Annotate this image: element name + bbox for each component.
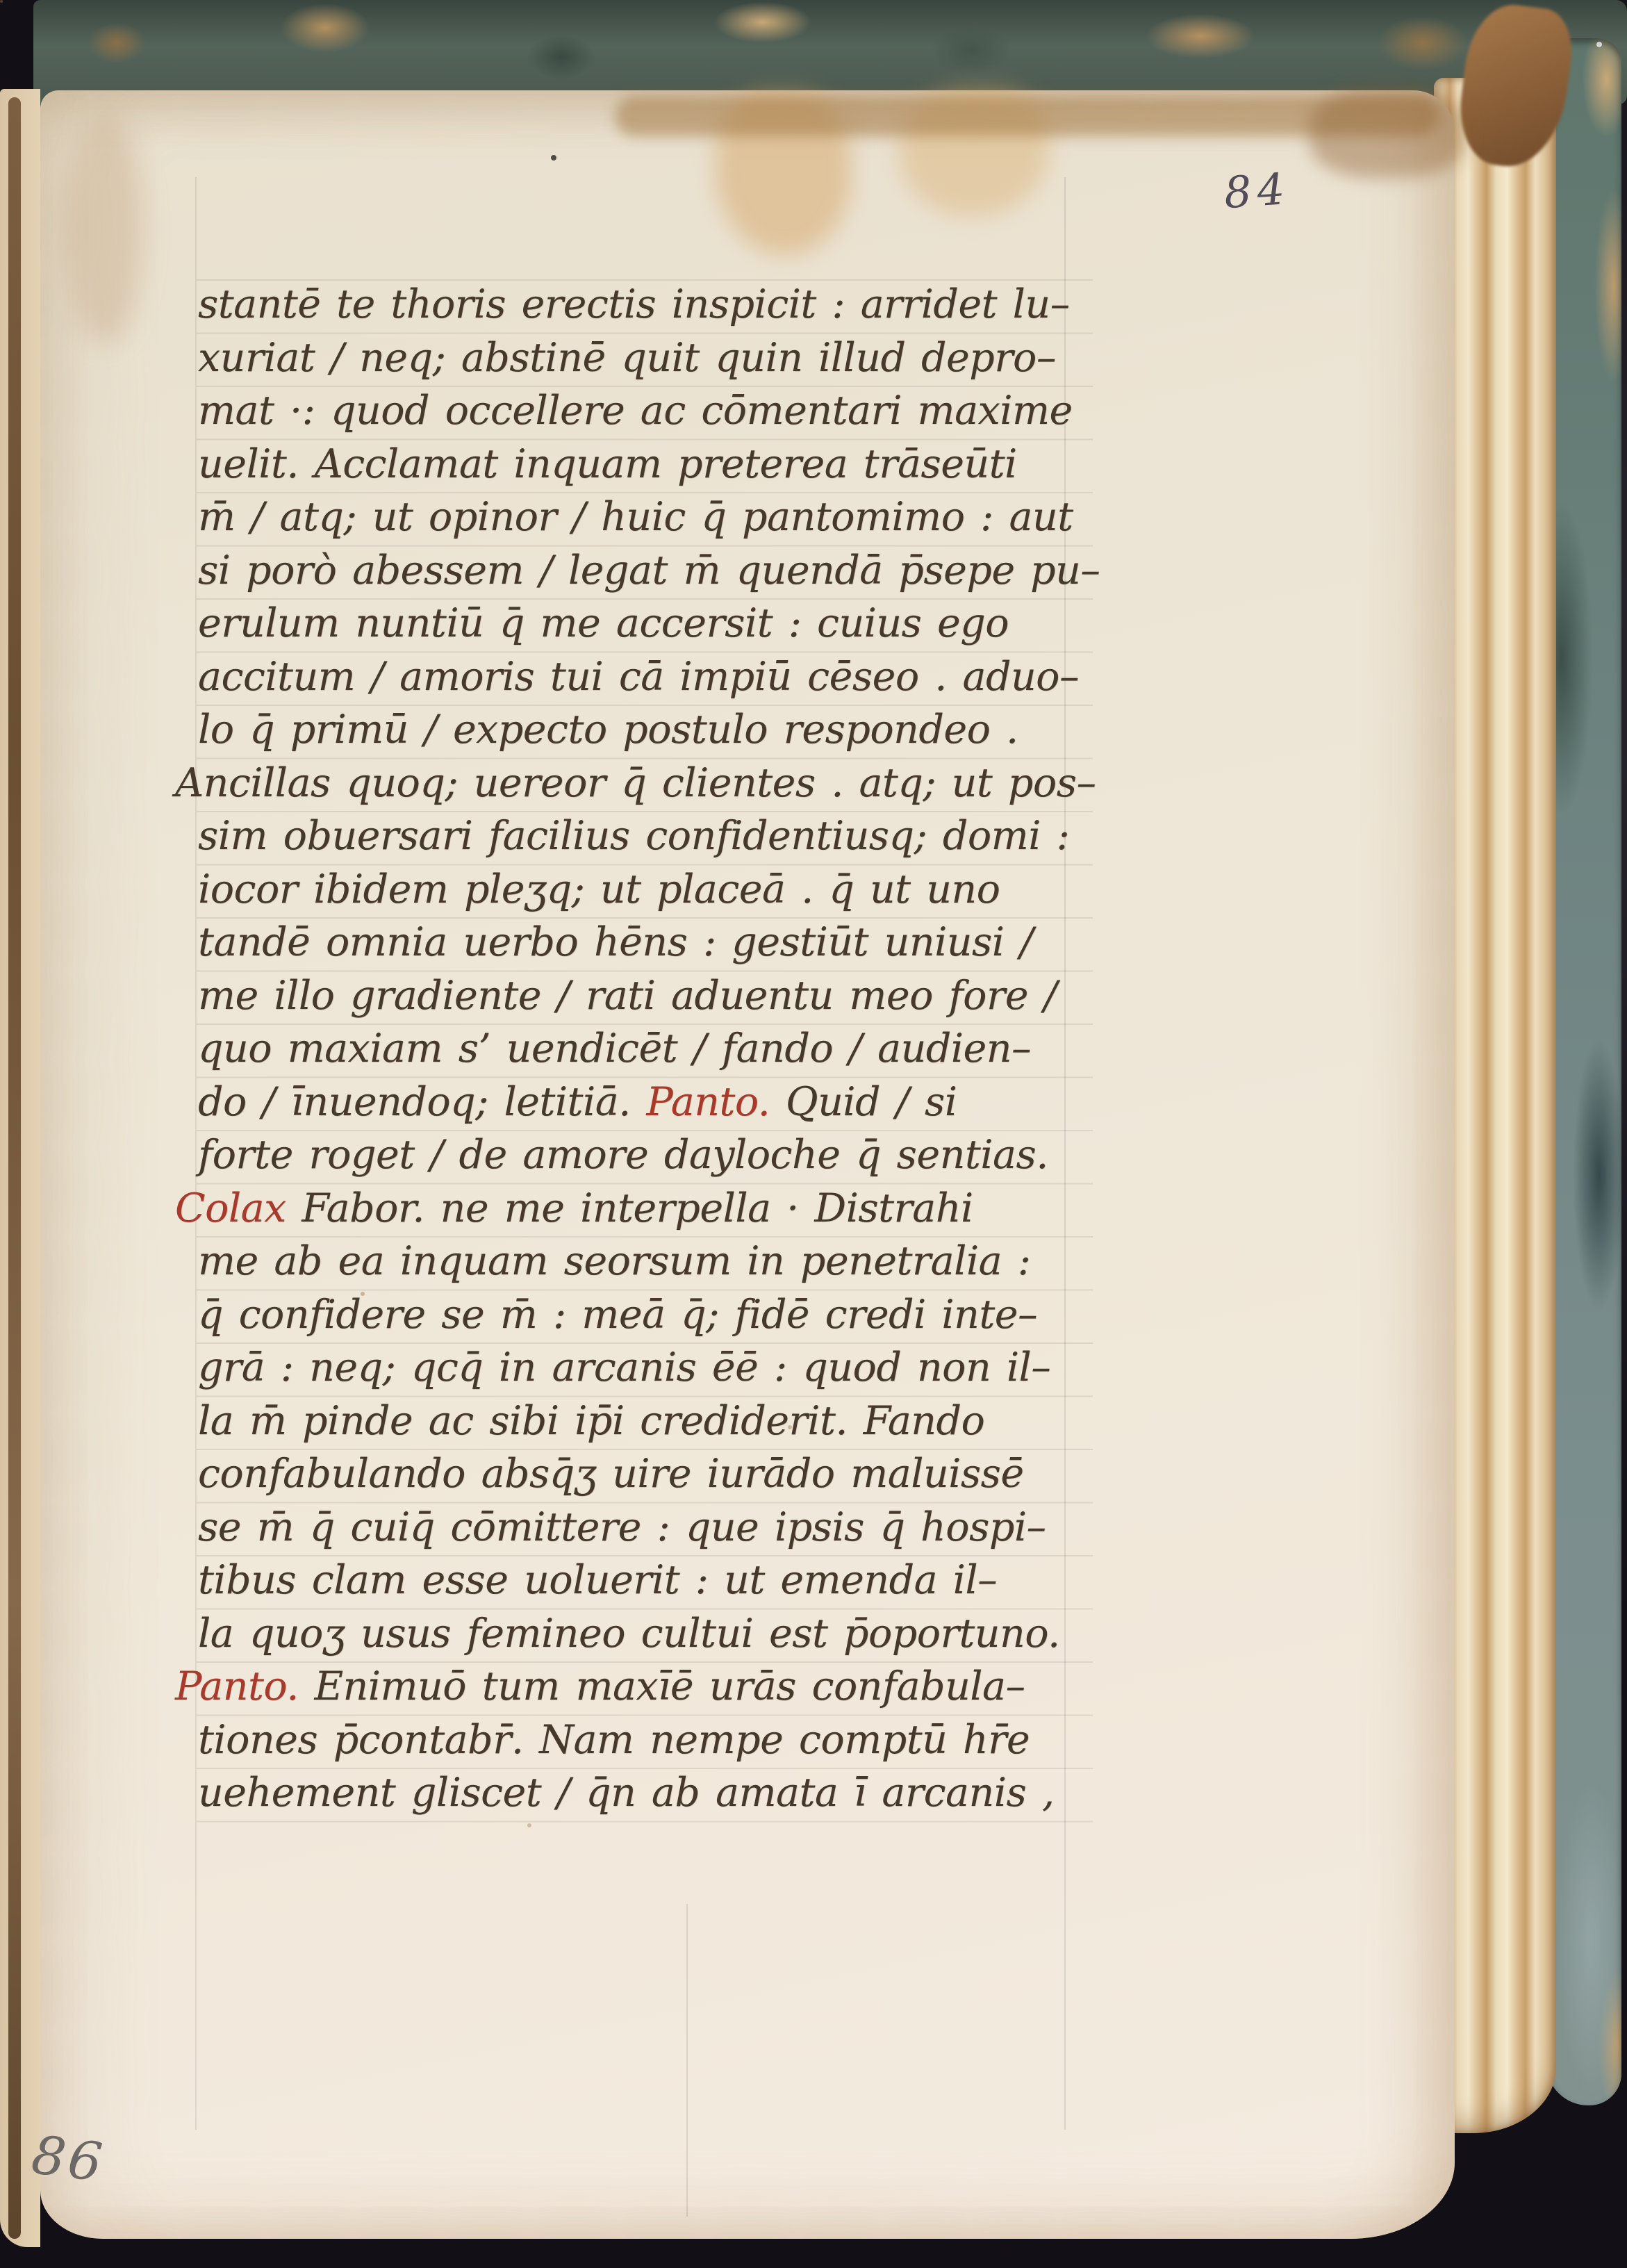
manuscript-text: Quid / si [770, 1079, 957, 1125]
manuscript-text: grā : neq; qcq̄ in arcanis ēē : quod non… [198, 1345, 1050, 1390]
manuscript-line: tibus clam esse uoluerit : ut emenda il– [198, 1554, 1100, 1607]
manuscript-line: quo maxiam s’ uendicēt / fando / audien– [198, 1022, 1100, 1076]
manuscript-text: lo q̄ primū / expecto postulo respondeo … [198, 707, 1018, 753]
manuscript-line: uehement gliscet / q̄n ab amata ī arcani… [198, 1766, 1100, 1820]
manuscript-line: q̄ confidere se m̄ : meā q̄; fidē credi … [198, 1288, 1100, 1342]
manuscript-line: sim obuersari facilius confidentiusq; do… [198, 810, 1100, 863]
manuscript-line: do / īnuendoq; letitiā. Panto. Quid / si [198, 1076, 1100, 1129]
manuscript-line: tandē omnia uerbo hēns : gestiūt uniusi … [198, 916, 1100, 969]
manuscript-line: Colax Fabor. ne me interpella · Distrahi [175, 1182, 1100, 1235]
manuscript-line: m̄ / atq; ut opinor / huic q̄ pantomimo … [198, 491, 1100, 544]
manuscript-text: sim obuersari facilius confidentiusq; do… [198, 813, 1069, 859]
manuscript-line: confabulando absq̄ʒ uire iurādo maluissē [198, 1447, 1100, 1501]
manuscript-line: uelit. Acclamat inquam preterea trāseūti [198, 438, 1100, 491]
manuscript-line: si porò abessem / legat m̄ quendā p̄sepe… [198, 544, 1100, 598]
rubric-speaker-label: Colax [175, 1185, 302, 1231]
page-crease [686, 1904, 688, 2217]
pencil-foliation-number: 86 [28, 2123, 108, 2194]
manuscript-text: stantē te thoris erectis inspicit : arri… [198, 281, 1070, 327]
manuscript-text: accitum / amoris tui cā impiū cēseo . ad… [198, 654, 1079, 700]
manuscript-text: uelit. Acclamat inquam preterea trāseūti [198, 441, 1017, 487]
rubric-speaker-label: Panto. [175, 1663, 299, 1709]
manuscript-text: erulum nuntiū q̄ me accersit : cuius ego [198, 600, 1009, 646]
manuscript-line: Ancillas quoq; uereor q̄ clientes . atq;… [175, 757, 1100, 810]
manuscript-text: do / īnuendoq; letitiā. [198, 1079, 646, 1125]
manuscript-line: stantē te thoris erectis inspicit : arri… [198, 278, 1100, 331]
paper-specks [0, 0, 3, 3]
manuscript-text: m̄ / atq; ut opinor / huic q̄ pantomimo … [198, 494, 1073, 540]
manuscript-line: erulum nuntiū q̄ me accersit : cuius ego [198, 597, 1100, 650]
manuscript-text: quo maxiam s’ uendicēt / fando / audien– [198, 1026, 1031, 1071]
manuscript-text: Enimuō tum maxīē urās confabula– [299, 1663, 1025, 1709]
manuscript-text: me ab ea inquam seorsum in penetralia : [198, 1238, 1030, 1284]
manuscript-text: mat ·: quod occellere ac cōmentari maxim… [198, 388, 1073, 434]
manuscript-text: me illo gradiente / rati aduentu meo for… [198, 973, 1057, 1019]
book-cover-edge [1546, 38, 1621, 2105]
manuscript-text: confabulando absq̄ʒ uire iurādo maluissē [198, 1451, 1024, 1497]
manuscript-text: si porò abessem / legat m̄ quendā p̄sepe… [198, 548, 1100, 593]
manuscript-text: la m̄ pinde ac sibi ip̄i crediderit. Fan… [198, 1398, 984, 1444]
manuscript-photo: 84 stantē te thoris erectis inspicit : a… [0, 0, 1627, 2268]
manuscript-text: tibus clam esse uoluerit : ut emenda il– [198, 1557, 997, 1603]
gutter-shadow-line [8, 97, 21, 2239]
manuscript-line: xuriat / neq; abstinē quit quin illud de… [198, 331, 1100, 385]
manuscript-line: forte roget / de amore dayloche q̄ senti… [198, 1128, 1100, 1182]
rubric-speaker-label: Panto. [646, 1079, 770, 1125]
manuscript-line: la m̄ pinde ac sibi ip̄i crediderit. Fan… [198, 1395, 1100, 1448]
manuscript-text: tiones p̄contabr̄. Nam nempe comptū hr̄e [198, 1717, 1030, 1763]
manuscript-line: lo q̄ primū / expecto postulo respondeo … [198, 703, 1100, 757]
manuscript-line: accitum / amoris tui cā impiū cēseo . ad… [198, 650, 1100, 704]
manuscript-line: grā : neq; qcq̄ in arcanis ēē : quod non… [198, 1341, 1100, 1395]
manuscript-text: forte roget / de amore dayloche q̄ senti… [198, 1132, 1048, 1178]
manuscript-text: iocor ibidem pleʒq; ut placeā . q̄ ut un… [198, 866, 1000, 912]
manuscript-text: la quoʒ usus femineo cultui est p̄oportu… [198, 1611, 1060, 1657]
folio-number: 84 [1223, 163, 1292, 218]
book-top-edge [33, 0, 1627, 104]
manuscript-line: tiones p̄contabr̄. Nam nempe comptū hr̄e [198, 1714, 1100, 1767]
manuscript-text: uehement gliscet / q̄n ab amata ī arcani… [198, 1770, 1054, 1816]
manuscript-line: se m̄ q̄ cuiq̄ cōmittere : que ipsis q̄ … [198, 1501, 1100, 1554]
manuscript-line: la quoʒ usus femineo cultui est p̄oportu… [198, 1607, 1100, 1661]
manuscript-line: iocor ibidem pleʒq; ut placeā . q̄ ut un… [198, 863, 1100, 917]
manuscript-text: Ancillas quoq; uereor q̄ clientes . atq;… [175, 760, 1096, 806]
manuscript-line: Panto. Enimuō tum maxīē urās confabula– [175, 1660, 1100, 1714]
manuscript-text: se m̄ q̄ cuiq̄ cōmittere : que ipsis q̄ … [198, 1504, 1046, 1550]
text-block: stantē te thoris erectis inspicit : arri… [198, 278, 1100, 1820]
manuscript-text: q̄ confidere se m̄ : meā q̄; fidē credi … [198, 1292, 1037, 1338]
manuscript-line: me ab ea inquam seorsum in penetralia : [198, 1235, 1100, 1288]
manuscript-line: me illo gradiente / rati aduentu meo for… [198, 969, 1100, 1023]
manuscript-text: xuriat / neq; abstinē quit quin illud de… [198, 335, 1056, 381]
manuscript-line: mat ·: quod occellere ac cōmentari maxim… [198, 384, 1100, 438]
manuscript-text: Fabor. ne me interpella · Distrahi [302, 1185, 973, 1231]
manuscript-text: tandē omnia uerbo hēns : gestiūt uniusi … [198, 919, 1033, 965]
